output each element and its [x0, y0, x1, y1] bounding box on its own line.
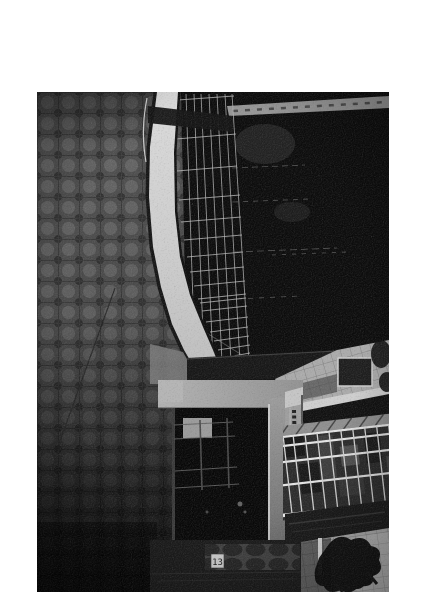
photo-canvas: 13 [37, 92, 389, 592]
photograph: 13 [37, 92, 389, 592]
scanned-page: 13 [0, 0, 424, 600]
grain-overlay [37, 92, 389, 592]
